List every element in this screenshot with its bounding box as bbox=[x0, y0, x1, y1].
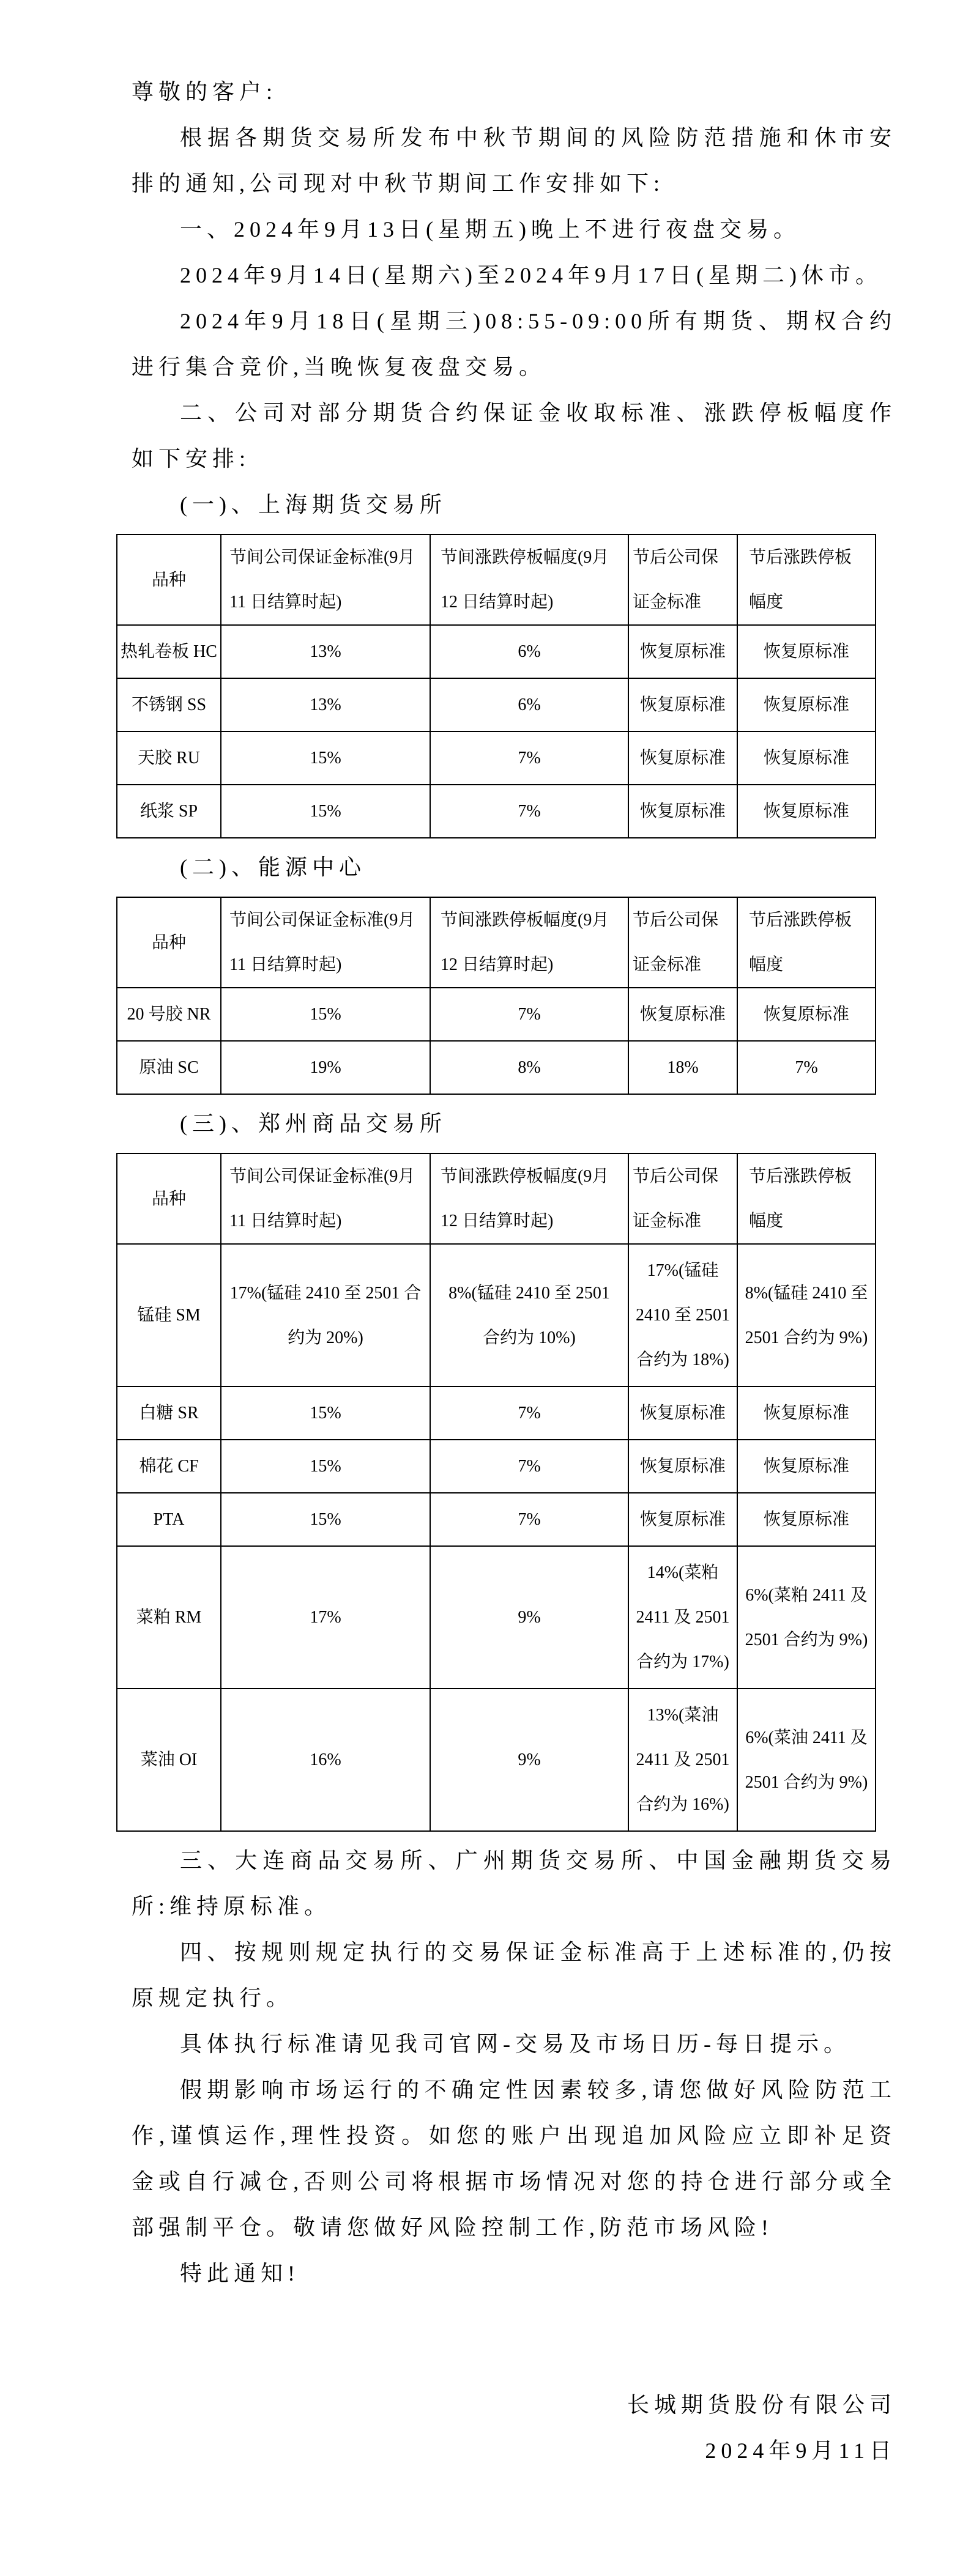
table-cell: 6%(菜粕 2411 及 2501 合约为 9%) bbox=[737, 1546, 876, 1689]
intro-paragraph-4: 2024年9月18日(星期三)08:55-09:00所有期货、期权合约进行集合竞… bbox=[132, 298, 896, 390]
notice-document: 尊敬的客户: 根据各期货交易所发布中秋节期间的风险防范措施和休市安排的通知,公司… bbox=[0, 0, 971, 2576]
table-cell: 7% bbox=[430, 988, 628, 1041]
table-cell: 6% bbox=[430, 625, 628, 678]
table-row: 不锈钢 SS 13% 6% 恢复原标准 恢复原标准 bbox=[117, 678, 876, 731]
table-cell: 6% bbox=[430, 678, 628, 731]
table-cell: 恢复原标准 bbox=[737, 1440, 876, 1493]
greeting: 尊敬的客户: bbox=[132, 69, 896, 115]
header-cell-post-margin: 节后公司保证金标准 bbox=[628, 535, 737, 625]
table-row: PTA 15% 7% 恢复原标准 恢复原标准 bbox=[117, 1493, 876, 1546]
table-row: 天胶 RU 15% 7% 恢复原标准 恢复原标准 bbox=[117, 731, 876, 785]
table-cell: 恢复原标准 bbox=[737, 1386, 876, 1440]
table-cell: 原油 SC bbox=[117, 1041, 221, 1094]
table-cell: 7% bbox=[737, 1041, 876, 1094]
table-cell: 不锈钢 SS bbox=[117, 678, 221, 731]
outro-paragraph-4: 假期影响市场运行的不确定性因素较多,请您做好风险防范工作,谨慎运作,理性投资。如… bbox=[132, 2067, 896, 2251]
table-cell: 恢复原标准 bbox=[628, 731, 737, 785]
header-cell-holiday-margin: 节间公司保证金标准(9月 11 日结算时起) bbox=[221, 535, 430, 625]
table-cell: 恢复原标准 bbox=[628, 988, 737, 1041]
table-cell: 7% bbox=[430, 1440, 628, 1493]
table-row: 棉花 CF 15% 7% 恢复原标准 恢复原标准 bbox=[117, 1440, 876, 1493]
table-cell: 17%(锰硅 2410 至 2501 合约为 20%) bbox=[221, 1244, 430, 1386]
table-cell: 恢复原标准 bbox=[628, 1493, 737, 1546]
table-cell: 恢复原标准 bbox=[628, 785, 737, 838]
table-cell: 恢复原标准 bbox=[628, 625, 737, 678]
header-cell-post-limit: 节后涨跌停板幅度 bbox=[737, 1153, 876, 1244]
table-cell: 15% bbox=[221, 785, 430, 838]
table-cell: 恢复原标准 bbox=[628, 1440, 737, 1493]
table-header-row: 品种 节间公司保证金标准(9月 11 日结算时起) 节间涨跌停板幅度(9月 12… bbox=[117, 1153, 876, 1244]
intro-paragraph-2: 一、2024年9月13日(星期五)晚上不进行夜盘交易。 bbox=[132, 207, 896, 253]
table-cell: 菜油 OI bbox=[117, 1689, 221, 1831]
table-header-row: 品种 节间公司保证金标准(9月 11 日结算时起) 节间涨跌停板幅度(9月 12… bbox=[117, 897, 876, 988]
table-cell: 15% bbox=[221, 988, 430, 1041]
header-cell-holiday-limit: 节间涨跌停板幅度(9月 12 日结算时起) bbox=[430, 535, 628, 625]
outro-paragraph-3: 具体执行标准请见我司官网-交易及市场日历-每日提示。 bbox=[132, 2021, 896, 2067]
table-row: 锰硅 SM 17%(锰硅 2410 至 2501 合约为 20%) 8%(锰硅 … bbox=[117, 1244, 876, 1386]
table-cell: 15% bbox=[221, 1386, 430, 1440]
table-header-row: 品种 节间公司保证金标准(9月 11 日结算时起) 节间涨跌停板幅度(9月 12… bbox=[117, 535, 876, 625]
table-cell: 13% bbox=[221, 625, 430, 678]
header-cell-post-margin: 节后公司保证金标准 bbox=[628, 897, 737, 988]
table-cell: 17% bbox=[221, 1546, 430, 1689]
table-cell: 15% bbox=[221, 1440, 430, 1493]
table-cell: 天胶 RU bbox=[117, 731, 221, 785]
table-cell: 9% bbox=[430, 1689, 628, 1831]
table-cell: 8%(锰硅 2410 至 2501 合约为 9%) bbox=[737, 1244, 876, 1386]
table-cell: PTA bbox=[117, 1493, 221, 1546]
margin-table-ine: 品种 节间公司保证金标准(9月 11 日结算时起) 节间涨跌停板幅度(9月 12… bbox=[116, 897, 876, 1095]
table-cell: 恢复原标准 bbox=[628, 678, 737, 731]
table-cell: 7% bbox=[430, 785, 628, 838]
table-row: 纸浆 SP 15% 7% 恢复原标准 恢复原标准 bbox=[117, 785, 876, 838]
section-title-shfe: (一)、上海期货交易所 bbox=[132, 482, 896, 528]
table-row: 菜粕 RM 17% 9% 14%(菜粕 2411 及 2501 合约为 17%)… bbox=[117, 1546, 876, 1689]
table-cell: 棉花 CF bbox=[117, 1440, 221, 1493]
margin-table-czce: 品种 节间公司保证金标准(9月 11 日结算时起) 节间涨跌停板幅度(9月 12… bbox=[116, 1153, 876, 1832]
table-cell: 白糖 SR bbox=[117, 1386, 221, 1440]
table-cell: 15% bbox=[221, 1493, 430, 1546]
section-title-czce: (三)、郑州商品交易所 bbox=[132, 1101, 896, 1147]
table-cell: 菜粕 RM bbox=[117, 1546, 221, 1689]
table-cell: 恢复原标准 bbox=[737, 625, 876, 678]
table-cell: 15% bbox=[221, 731, 430, 785]
table-row: 20 号胶 NR 15% 7% 恢复原标准 恢复原标准 bbox=[117, 988, 876, 1041]
table-cell: 锰硅 SM bbox=[117, 1244, 221, 1386]
header-cell-holiday-margin: 节间公司保证金标准(9月 11 日结算时起) bbox=[221, 1153, 430, 1244]
table-cell: 6%(菜油 2411 及 2501 合约为 9%) bbox=[737, 1689, 876, 1831]
margin-table-shfe: 品种 节间公司保证金标准(9月 11 日结算时起) 节间涨跌停板幅度(9月 12… bbox=[116, 534, 876, 838]
table-cell: 19% bbox=[221, 1041, 430, 1094]
table-cell: 14%(菜粕 2411 及 2501 合约为 17%) bbox=[628, 1546, 737, 1689]
table-cell: 16% bbox=[221, 1689, 430, 1831]
table-cell: 恢复原标准 bbox=[737, 988, 876, 1041]
header-cell-holiday-limit: 节间涨跌停板幅度(9月 12 日结算时起) bbox=[430, 897, 628, 988]
header-cell-holiday-margin: 节间公司保证金标准(9月 11 日结算时起) bbox=[221, 897, 430, 988]
table-row: 白糖 SR 15% 7% 恢复原标准 恢复原标准 bbox=[117, 1386, 876, 1440]
outro-paragraph-1: 三、大连商品交易所、广州期货交易所、中国金融期货交易所:维持原标准。 bbox=[132, 1838, 896, 1930]
table-cell: 恢复原标准 bbox=[737, 678, 876, 731]
table-cell: 18% bbox=[628, 1041, 737, 1094]
table-cell: 恢复原标准 bbox=[628, 1386, 737, 1440]
header-cell-product: 品种 bbox=[117, 535, 221, 625]
signature-date: 2024年9月11日 bbox=[132, 2428, 896, 2474]
signature-block: 长城期货股份有限公司 2024年9月11日 bbox=[132, 2382, 896, 2474]
notice-closing: 特此通知! bbox=[132, 2251, 896, 2297]
table-row: 菜油 OI 16% 9% 13%(菜油 2411 及 2501 合约为 16%)… bbox=[117, 1689, 876, 1831]
table-row: 原油 SC 19% 8% 18% 7% bbox=[117, 1041, 876, 1094]
table-row: 热轧卷板 HC 13% 6% 恢复原标准 恢复原标准 bbox=[117, 625, 876, 678]
header-cell-product: 品种 bbox=[117, 897, 221, 988]
table-cell: 7% bbox=[430, 1386, 628, 1440]
header-cell-holiday-limit: 节间涨跌停板幅度(9月 12 日结算时起) bbox=[430, 1153, 628, 1244]
signature-company: 长城期货股份有限公司 bbox=[132, 2382, 896, 2428]
table-cell: 纸浆 SP bbox=[117, 785, 221, 838]
table-cell: 7% bbox=[430, 731, 628, 785]
header-cell-post-limit: 节后涨跌停板幅度 bbox=[737, 897, 876, 988]
header-cell-post-margin: 节后公司保证金标准 bbox=[628, 1153, 737, 1244]
table-cell: 8% bbox=[430, 1041, 628, 1094]
table-cell: 7% bbox=[430, 1493, 628, 1546]
table-cell: 13% bbox=[221, 678, 430, 731]
table-cell: 恢复原标准 bbox=[737, 731, 876, 785]
header-cell-post-limit: 节后涨跌停板幅度 bbox=[737, 535, 876, 625]
table-cell: 20 号胶 NR bbox=[117, 988, 221, 1041]
header-cell-product: 品种 bbox=[117, 1153, 221, 1244]
table-cell: 8%(锰硅 2410 至 2501 合约为 10%) bbox=[430, 1244, 628, 1386]
table-cell: 9% bbox=[430, 1546, 628, 1689]
table-cell: 热轧卷板 HC bbox=[117, 625, 221, 678]
section-title-ine: (二)、能源中心 bbox=[132, 845, 896, 890]
table-cell: 恢复原标准 bbox=[737, 785, 876, 838]
intro-paragraph-3: 2024年9月14日(星期六)至2024年9月17日(星期二)休市。 bbox=[132, 253, 896, 298]
outro-paragraph-2: 四、按规则规定执行的交易保证金标准高于上述标准的,仍按原规定执行。 bbox=[132, 1930, 896, 2021]
table-cell: 17%(锰硅 2410 至 2501 合约为 18%) bbox=[628, 1244, 737, 1386]
intro-paragraph-5: 二、公司对部分期货合约保证金收取标准、涨跌停板幅度作如下安排: bbox=[132, 390, 896, 482]
table-cell: 恢复原标准 bbox=[737, 1493, 876, 1546]
table-cell: 13%(菜油 2411 及 2501 合约为 16%) bbox=[628, 1689, 737, 1831]
intro-paragraph-1: 根据各期货交易所发布中秋节期间的风险防范措施和休市安排的通知,公司现对中秋节期间… bbox=[132, 115, 896, 207]
